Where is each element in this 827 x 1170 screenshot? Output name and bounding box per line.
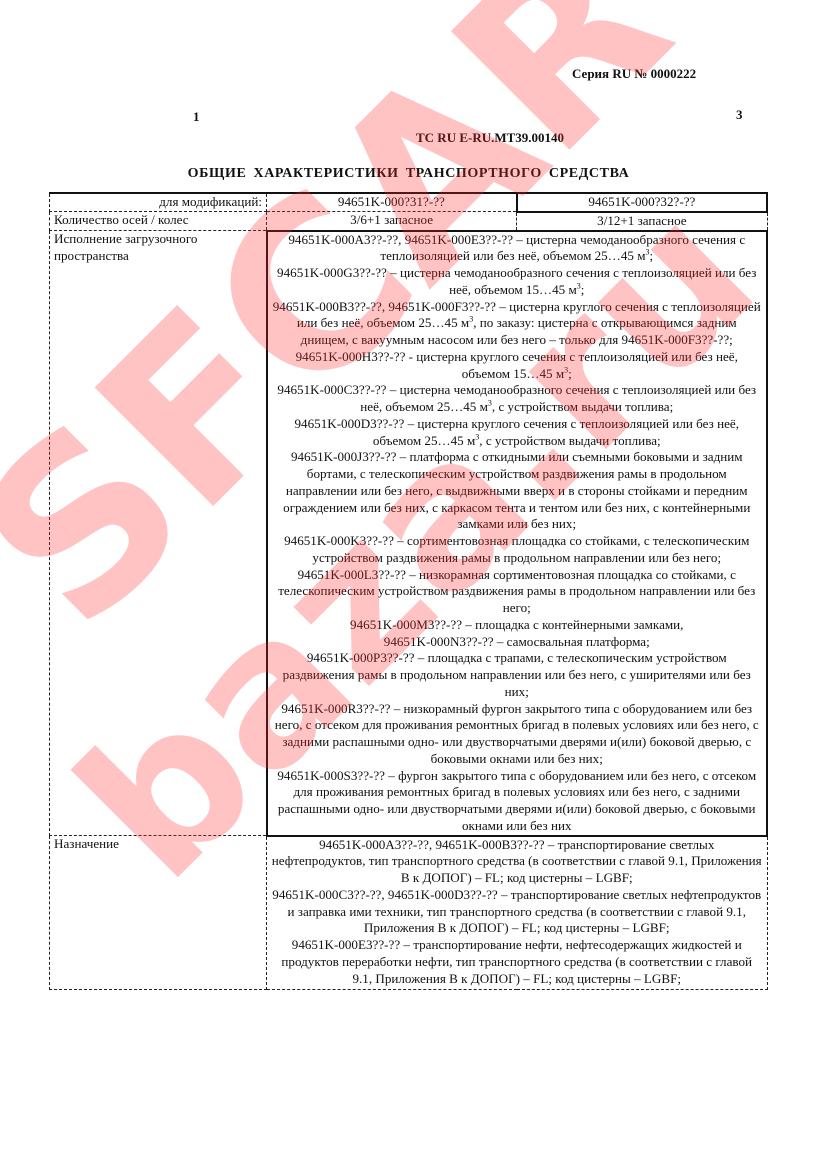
modification-1: 94651K-000?31?-??: [267, 193, 517, 212]
series-number: Серия RU № 0000222: [572, 66, 696, 82]
document-title: ОБЩИЕ ХАРАКТЕРИСТИКИ ТРАНСПОРТНОГО СРЕДС…: [0, 166, 817, 182]
body-entry: 94651K-000M3??-?? – площадка с контейнер…: [272, 617, 763, 634]
body-entry: 94651K-000R3??-?? – низкорамный фургон з…: [272, 701, 763, 768]
table-row-body: Исполнение загрузочного пространства 946…: [50, 231, 768, 836]
axles-value-2: 3/12+1 запасное: [517, 212, 767, 231]
purpose-entries: 94651K-000A3??-??, 94651K-000B3??-?? – т…: [267, 836, 768, 990]
body-entry: 94651K-000P3??-?? – площадка с трапами, …: [272, 650, 763, 700]
modification-2: 94651K-000?32?-??: [517, 193, 767, 212]
body-entry: 94651K-000S3??-?? – фургон закрытого тип…: [272, 768, 763, 835]
page-marker-left: 1: [193, 109, 200, 125]
certificate-number: TC RU E-RU.MT39.00140: [416, 130, 564, 146]
table-row-axles: Количество осей / колес 3/6+1 запасное 3…: [50, 212, 768, 231]
body-entry: 94651K-000A3??-??, 94651K-000E3??-?? – ц…: [272, 232, 763, 266]
body-entry: 94651K-000N3??-?? – самосвальная платфор…: [272, 634, 763, 651]
body-entry: 94651K-000C3??-?? – цистерна чемоданообр…: [272, 382, 763, 416]
axles-label: Количество осей / колес: [50, 212, 267, 231]
body-entry: 94651K-000J3??-?? – платформа с откидным…: [272, 449, 763, 533]
table-row-purpose: Назначение 94651K-000A3??-??, 94651K-000…: [50, 836, 768, 990]
modifications-label: для модификаций:: [50, 193, 267, 212]
body-entries: 94651K-000A3??-??, 94651K-000E3??-?? – ц…: [267, 231, 768, 836]
page-marker-right: 3: [736, 107, 743, 123]
axles-value-1: 3/6+1 запасное: [267, 212, 517, 231]
characteristics-table: для модификаций: 94651K-000?31?-?? 94651…: [49, 192, 768, 990]
body-entry: 94651K-000H3??-?? - цистерна круглого се…: [272, 349, 763, 383]
table-row-modifications: для модификаций: 94651K-000?31?-?? 94651…: [50, 193, 768, 212]
purpose-label: Назначение: [50, 836, 267, 990]
body-entry: 94651K-000K3??-?? – сортиментовозная пло…: [272, 533, 763, 567]
body-label: Исполнение загрузочного пространства: [50, 231, 267, 836]
body-entry: 94651K-000L3??-?? – низкорамная сортимен…: [272, 567, 763, 617]
purpose-entry: 94651K-000C3??-??, 94651K-000D3??-?? – т…: [271, 887, 763, 937]
purpose-entry: 94651K-000A3??-??, 94651K-000B3??-?? – т…: [271, 837, 763, 887]
body-entry: 94651K-000B3??-??, 94651K-000F3??-?? – ц…: [272, 299, 763, 349]
body-entry: 94651K-000D3??-?? – цистерна круглого се…: [272, 416, 763, 450]
purpose-entry: 94651K-000E3??-?? – транспортирование не…: [271, 937, 763, 987]
body-entry: 94651K-000G3??-?? – цистерна чемоданообр…: [272, 265, 763, 299]
